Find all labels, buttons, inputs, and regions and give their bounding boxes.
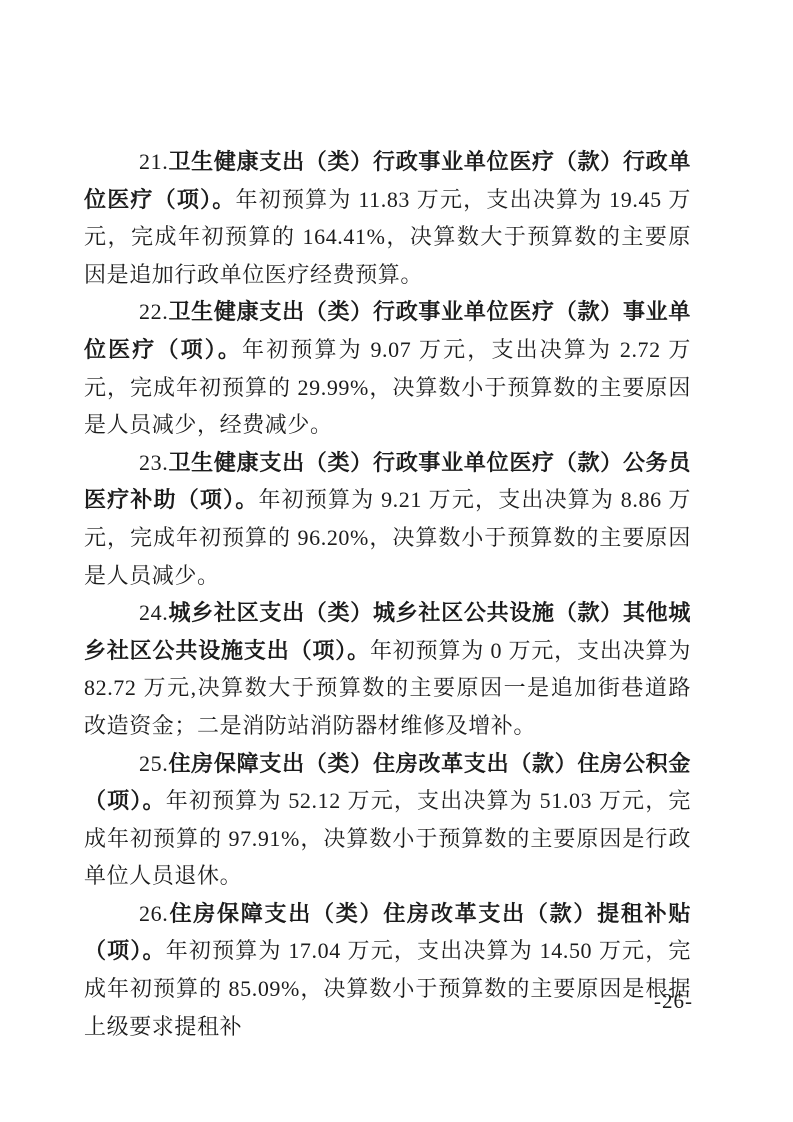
document-page: 21.卫生健康支出（类）行政事业单位医疗（款）行政单位医疗（项）。年初预算为 1… [0, 0, 793, 1122]
paragraph-26-body: 年初预算为 17.04 万元，支出决算为 14.50 万元，完成年初预算的 85… [84, 938, 691, 1038]
paragraph-21-number: 21. [139, 149, 168, 174]
paragraph-24-number: 24. [139, 600, 168, 625]
paragraph-25-body: 年初预算为 52.12 万元，支出决算为 51.03 万元，完成年初预算的 97… [84, 788, 691, 888]
page-number: -26- [654, 989, 693, 1014]
paragraph-24: 24.城乡社区支出（类）城乡社区公共设施（款）其他城乡社区公共设施支出（项）。年… [84, 594, 691, 744]
paragraph-23-number: 23. [139, 450, 168, 475]
document-body: 21.卫生健康支出（类）行政事业单位医疗（款）行政单位医疗（项）。年初预算为 1… [84, 143, 691, 1045]
paragraph-22: 22.卫生健康支出（类）行政事业单位医疗（款）事业单位医疗（项）。年初预算为 9… [84, 293, 691, 443]
paragraph-26: 26.住房保障支出（类）住房改革支出（款）提租补贴（项）。年初预算为 17.04… [84, 895, 691, 1045]
paragraph-21: 21.卫生健康支出（类）行政事业单位医疗（款）行政单位医疗（项）。年初预算为 1… [84, 143, 691, 293]
paragraph-23: 23.卫生健康支出（类）行政事业单位医疗（款）公务员医疗补助（项）。年初预算为 … [84, 444, 691, 594]
paragraph-25-number: 25. [139, 751, 168, 776]
paragraph-26-number: 26. [139, 901, 168, 926]
paragraph-22-number: 22. [139, 299, 168, 324]
paragraph-25: 25.住房保障支出（类）住房改革支出（款）住房公积金（项）。年初预算为 52.1… [84, 745, 691, 895]
